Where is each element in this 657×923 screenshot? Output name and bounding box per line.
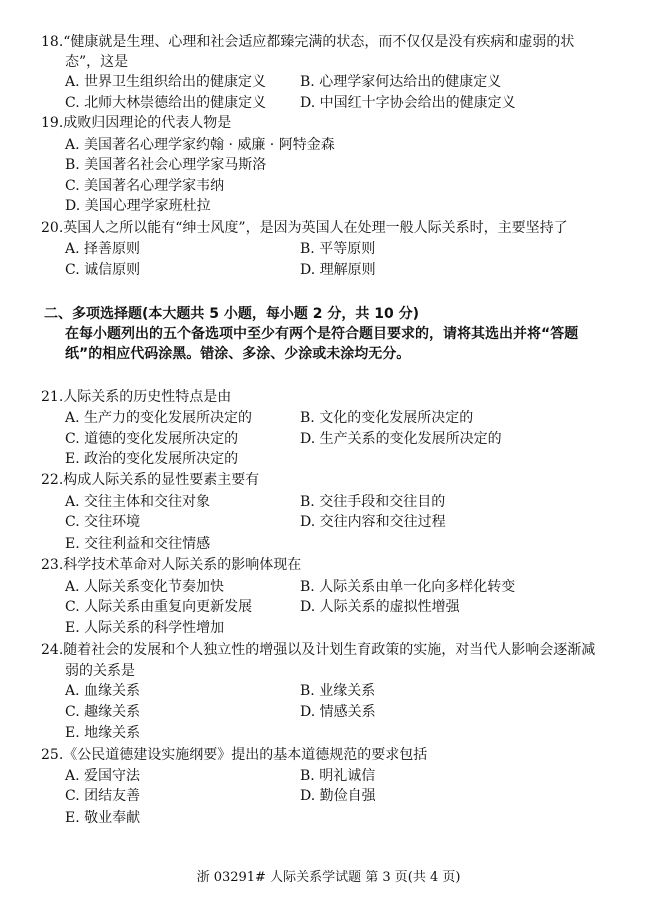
question-number: 21. bbox=[41, 389, 63, 405]
question-stem: 20.英国人之所以能有“绅士风度”，是因为英国人在处理一般人际关系时，主要坚持了 bbox=[41, 218, 568, 238]
option-e: E. 人际关系的科学性增加 bbox=[65, 618, 224, 638]
question-number: 19. bbox=[41, 115, 63, 131]
page-footer: 浙 03291# 人际关系学试题 第 3 页(共 4 页) bbox=[0, 868, 657, 888]
question-number: 18. bbox=[41, 34, 63, 50]
option-d: D. 理解原则 bbox=[300, 260, 376, 280]
option-b: B. 人际关系由单一化向多样化转变 bbox=[300, 577, 515, 597]
option-e: E. 地缘关系 bbox=[65, 723, 140, 743]
option-b: B. 美国著名社会心理学家马斯洛 bbox=[65, 155, 266, 175]
question-stem: 18.“健康就是生理、心理和社会适应都臻完满的状态，而不仅仅是没有疾病和虚弱的状 bbox=[41, 32, 574, 52]
option-a: A. 交往主体和交往对象 bbox=[65, 492, 210, 512]
option-c: C. 诚信原则 bbox=[65, 260, 140, 280]
option-d: D. 人际关系的虚拟性增强 bbox=[300, 597, 460, 617]
option-e: E. 交往利益和交往情感 bbox=[65, 534, 210, 554]
option-b: B. 业缘关系 bbox=[300, 681, 375, 701]
option-c: C. 北师大林崇德给出的健康定义 bbox=[65, 93, 266, 113]
question-stem: 24.随着社会的发展和个人独立性的增强以及计划生育政策的实施，对当代人影响会逐渐… bbox=[41, 640, 595, 660]
question-number: 25. bbox=[41, 747, 63, 763]
question-number: 20. bbox=[41, 220, 63, 236]
option-c: C. 人际关系由重复向更新发展 bbox=[65, 597, 252, 617]
option-a: A. 择善原则 bbox=[65, 239, 140, 259]
option-a: A. 美国著名心理学家约翰 · 威廉 · 阿特金森 bbox=[65, 135, 335, 155]
option-b: B. 平等原则 bbox=[300, 239, 375, 259]
option-b: B. 心理学家何达给出的健康定义 bbox=[300, 72, 501, 92]
exam-page: 18.“健康就是生理、心理和社会适应都臻完满的状态，而不仅仅是没有疾病和虚弱的状… bbox=[0, 0, 657, 923]
option-a: A. 爱国守法 bbox=[65, 766, 140, 786]
option-e: E. 敬业奉献 bbox=[65, 808, 140, 828]
section-instruction-continued: 纸”的相应代码涂黑。错涂、多涂、少涂或未涂均无分。 bbox=[65, 344, 410, 364]
question-stem: 23.科学技术革命对人际关系的影响体现在 bbox=[41, 555, 301, 575]
section-heading: 二、多项选择题(本大题共 5 小题，每小题 2 分，共 10 分) bbox=[44, 304, 419, 324]
option-d: D. 交往内容和交往过程 bbox=[300, 512, 446, 532]
option-a: A. 人际关系变化节奏加快 bbox=[65, 577, 224, 597]
question-number: 24. bbox=[41, 642, 63, 658]
option-b: B. 明礼诚信 bbox=[300, 766, 375, 786]
option-a: A. 生产力的变化发展所决定的 bbox=[65, 408, 252, 428]
option-a: A. 血缘关系 bbox=[65, 681, 140, 701]
question-stem-continued: 弱的关系是 bbox=[65, 661, 135, 681]
option-d: D. 生产关系的变化发展所决定的 bbox=[300, 429, 502, 449]
option-b: B. 文化的变化发展所决定的 bbox=[300, 408, 473, 428]
section-instruction: 在每小题列出的五个备选项中至少有两个是符合题目要求的，请将其选出并将“答题 bbox=[65, 324, 578, 344]
option-d: D. 中国红十字协会给出的健康定义 bbox=[300, 93, 516, 113]
question-number: 23. bbox=[41, 557, 63, 573]
option-a: A. 世界卫生组织给出的健康定义 bbox=[65, 72, 266, 92]
option-c: C. 交往环境 bbox=[65, 512, 140, 532]
question-number: 22. bbox=[41, 472, 63, 488]
question-stem: 19.成败归因理论的代表人物是 bbox=[41, 113, 231, 133]
option-d: D. 情感关系 bbox=[300, 702, 376, 722]
option-c: C. 趣缘关系 bbox=[65, 702, 140, 722]
option-c: C. 道德的变化发展所决定的 bbox=[65, 429, 238, 449]
option-c: C. 美国著名心理学家韦纳 bbox=[65, 176, 224, 196]
option-b: B. 交往手段和交往目的 bbox=[300, 492, 445, 512]
option-e: E. 政治的变化发展所决定的 bbox=[65, 449, 238, 469]
option-d: D. 美国心理学家班杜拉 bbox=[65, 196, 211, 216]
question-stem: 22.构成人际关系的显性要素主要有 bbox=[41, 470, 259, 490]
option-d: D. 勤俭自强 bbox=[300, 786, 376, 806]
option-c: C. 团结友善 bbox=[65, 786, 140, 806]
question-stem-continued: 态”，这是 bbox=[65, 52, 128, 72]
question-stem: 25.《公民道德建设实施纲要》提出的基本道德规范的要求包括 bbox=[41, 745, 427, 765]
question-stem: 21.人际关系的历史性特点是由 bbox=[41, 387, 231, 407]
